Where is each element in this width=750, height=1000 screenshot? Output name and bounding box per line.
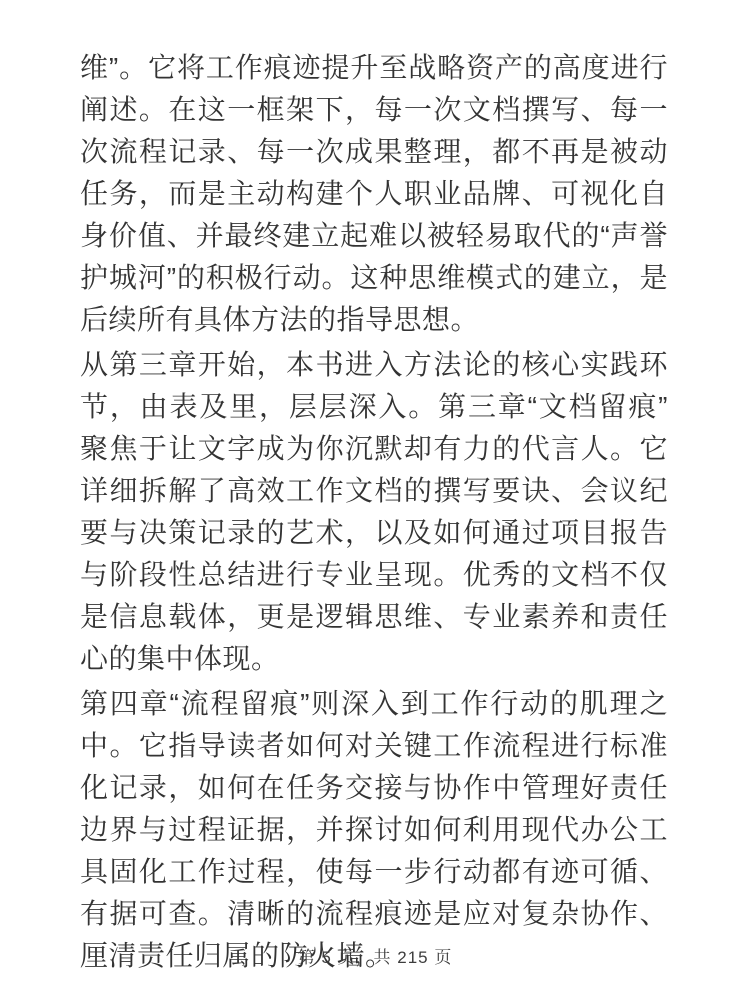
- paragraph: 第四章“流程留痕”则深入到工作行动的肌理之中。它指导读者如何对关键工作流程进行标…: [80, 683, 668, 977]
- paragraph: 维”。它将工作痕迹提升至战略资产的高度进行阐述。在这一框架下，每一次文档撰写、每…: [80, 47, 668, 341]
- paragraph: 从第三章开始，本书进入方法论的核心实践环节，由表及里，层层深入。第三章“文档留痕…: [80, 344, 668, 680]
- page-body-text: 维”。它将工作痕迹提升至战略资产的高度进行阐述。在这一框架下，每一次文档撰写、每…: [80, 47, 668, 980]
- page-number-indicator: 第 5 页，共 215 页: [0, 946, 750, 970]
- document-page: 维”。它将工作痕迹提升至战略资产的高度进行阐述。在这一框架下，每一次文档撰写、每…: [0, 0, 750, 1000]
